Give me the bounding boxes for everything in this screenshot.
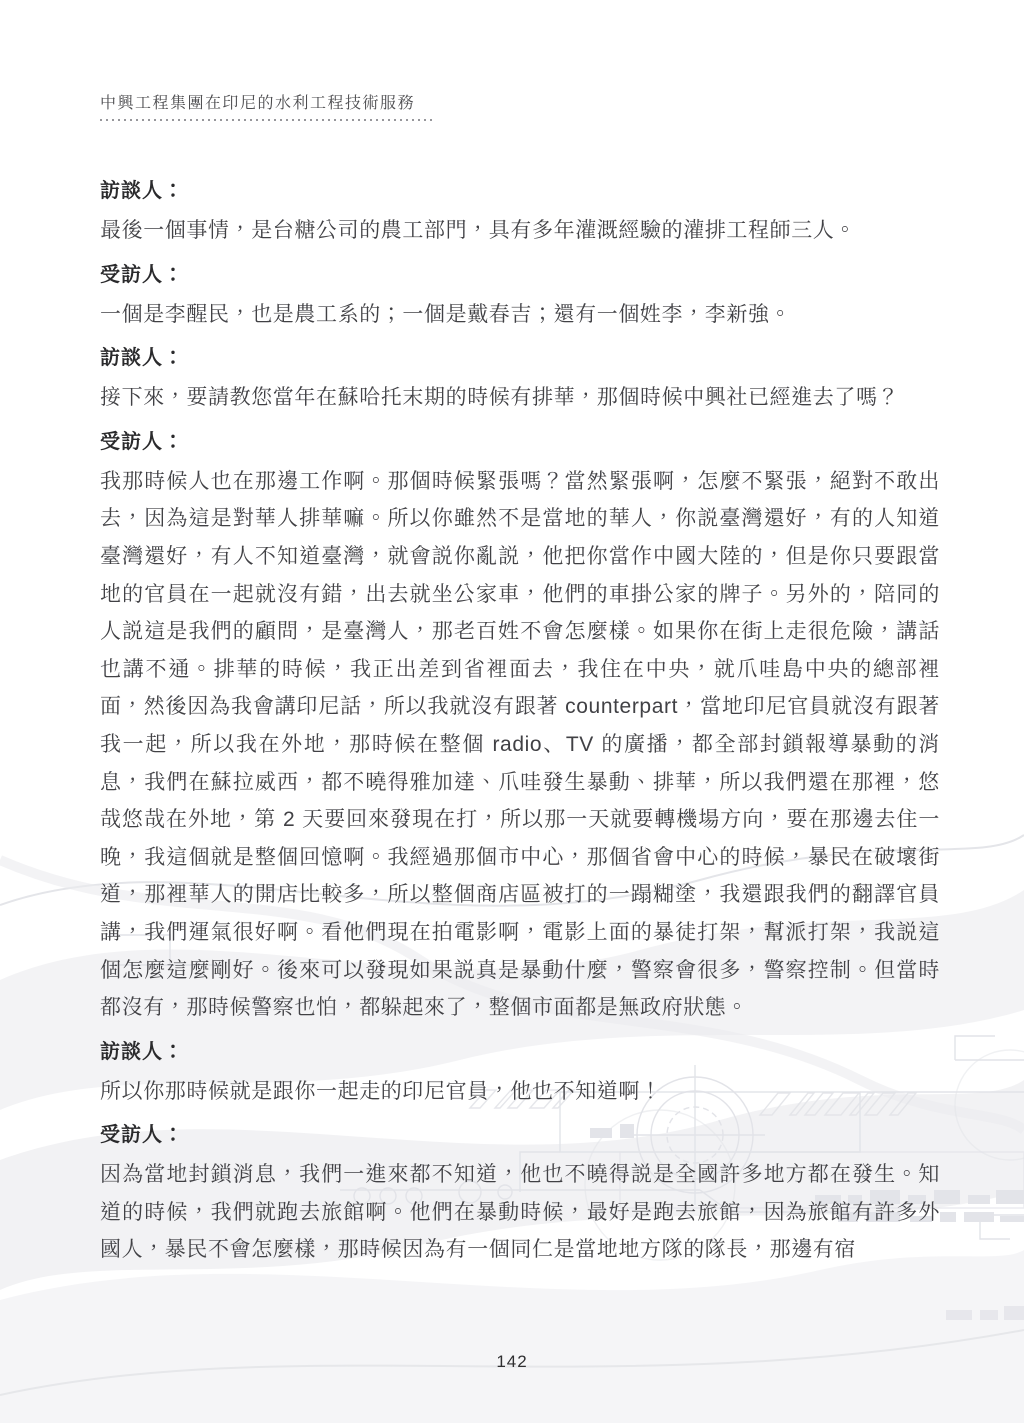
dialogue-paragraph: 所以你那時候就是跟你一起走的印尼官員，他也不知道啊！ xyxy=(100,1073,940,1111)
header-dotted-rule xyxy=(100,119,432,121)
dialogue-paragraph: 接下來，要請教您當年在蘇哈托末期的時候有排華，那個時候中興社已經進去了嗎？ xyxy=(100,379,940,417)
dialogue-entry: 受訪人： 我那時候人也在那邊工作啊。那個時候緊張嗎？當然緊張啊，怎麼不緊張，絕對… xyxy=(100,428,940,1027)
running-header-title: 中興工程集團在印尼的水利工程技術服務 xyxy=(100,94,432,114)
speaker-label-interviewee: 受訪人： xyxy=(100,261,940,290)
dialogue-entry: 訪談人： 最後一個事情，是台糖公司的農工部門，具有多年灌溉經驗的灌排工程師三人。 xyxy=(100,177,940,250)
interview-transcript: 訪談人： 最後一個事情，是台糖公司的農工部門，具有多年灌溉經驗的灌排工程師三人。… xyxy=(100,166,940,1270)
speaker-label-interviewee: 受訪人： xyxy=(100,1121,940,1150)
speaker-label-interviewer: 訪談人： xyxy=(100,344,940,373)
dialogue-entry: 受訪人： 因為當地封鎖消息，我們一進來都不知道，他也不曉得説是全國許多地方都在發… xyxy=(100,1121,940,1269)
dialogue-entry: 訪談人： 接下來，要請教您當年在蘇哈托末期的時候有排華，那個時候中興社已經進去了… xyxy=(100,344,940,417)
dialogue-paragraph: 我那時候人也在那邊工作啊。那個時候緊張嗎？當然緊張啊，怎麼不緊張，絕對不敢出去，… xyxy=(100,463,940,1027)
page-header: 中興工程集團在印尼的水利工程技術服務 xyxy=(100,94,432,121)
document-page: 中興工程集團在印尼的水利工程技術服務 訪談人： 最後一個事情，是台糖公司的農工部… xyxy=(0,0,1024,1423)
speaker-label-interviewer: 訪談人： xyxy=(100,177,940,206)
speaker-label-interviewer: 訪談人： xyxy=(100,1038,940,1067)
page-number: 142 xyxy=(0,1352,1024,1372)
dialogue-entry: 訪談人： 所以你那時候就是跟你一起走的印尼官員，他也不知道啊！ xyxy=(100,1038,940,1111)
dialogue-paragraph: 一個是李醒民，也是農工系的；一個是戴春吉；還有一個姓李，李新強。 xyxy=(100,296,940,334)
speaker-label-interviewee: 受訪人： xyxy=(100,428,940,457)
dialogue-entry: 受訪人： 一個是李醒民，也是農工系的；一個是戴春吉；還有一個姓李，李新強。 xyxy=(100,261,940,334)
dialogue-paragraph: 因為當地封鎖消息，我們一進來都不知道，他也不曉得説是全國許多地方都在發生。知道的… xyxy=(100,1156,940,1269)
dialogue-paragraph: 最後一個事情，是台糖公司的農工部門，具有多年灌溉經驗的灌排工程師三人。 xyxy=(100,212,940,250)
